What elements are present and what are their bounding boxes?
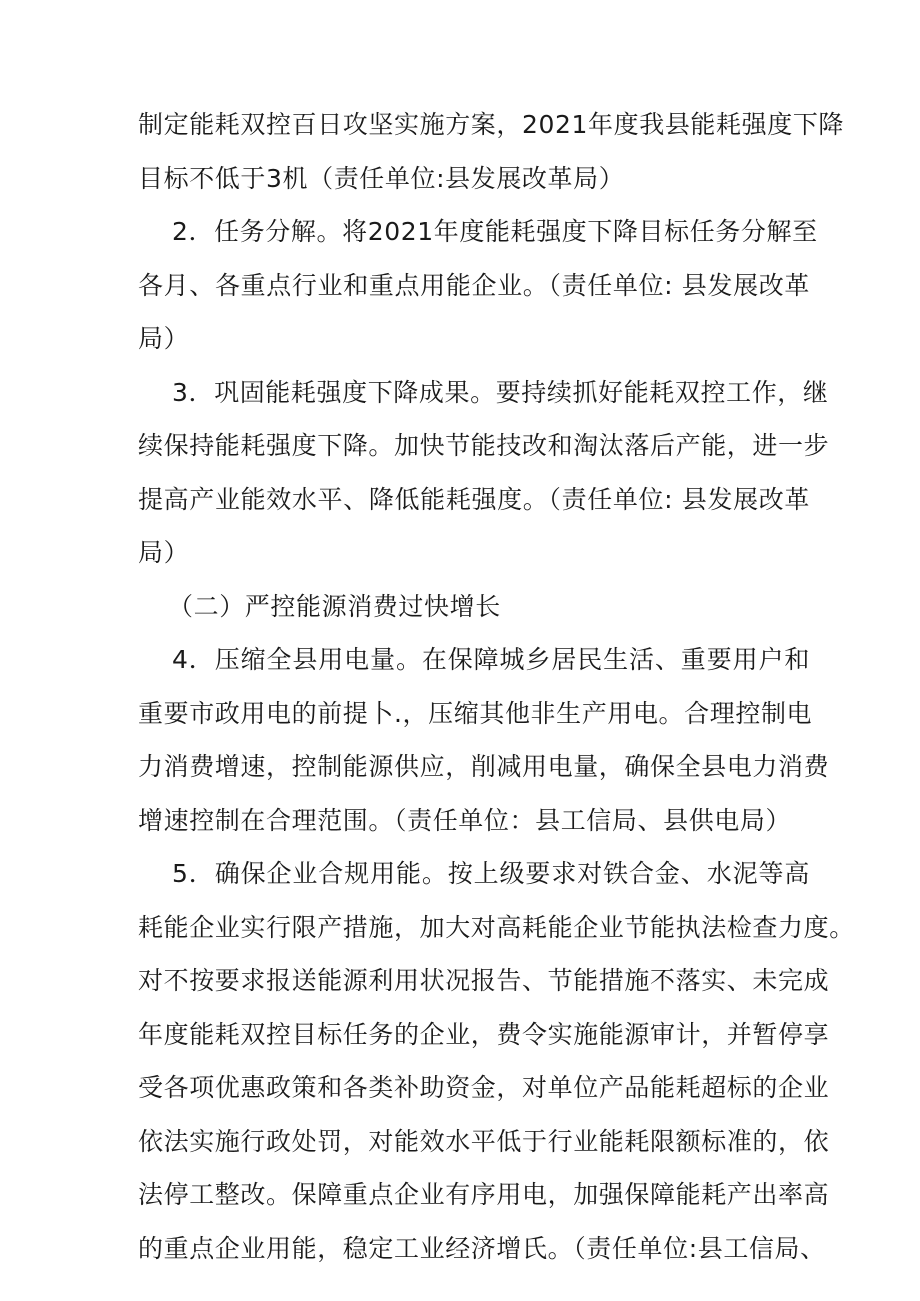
section-heading: （二）严控能源消费过快增长 [138,580,810,634]
text-line: 受各项优惠政策和各类补助资金，对单位产品能耗超标的企业 [138,1061,810,1115]
numbered-item-5: 5．确保企业合规用能。按上级要求对铁合金、水泥等高 [138,847,810,901]
text-line: 各月、各重点行业和重点用能企业。（责任单位: 县发展改革 [138,259,810,313]
numbered-item-2: 2．任务分解。将2021年度能耗强度下降目标任务分解至 [138,205,810,259]
text-line: 提高产业能效水平、降低能耗强度。（责任单位: 县发展改革 [138,473,810,527]
text-line: 增速控制在合理范围。（责任单位：县工信局、县供电局） [138,794,810,848]
text-line: 法停工整改。保障重点企业有序用电，加强保障能耗产出率高 [138,1168,810,1222]
text-line: 制定能耗双控百日攻坚实施方案，2021年度我县能耗强度下降 [138,98,810,152]
text-line: 耗能企业实行限产措施，加大对高耗能企业节能执法检查力度。 [138,901,810,955]
text-line: 对不按要求报送能源利用状况报告、节能措施不落实、未完成 [138,954,810,1008]
numbered-item-3: 3．巩固能耗强度下降成果。要持续抓好能耗双控工作，继 [138,366,810,420]
text-line: 局） [138,312,810,366]
text-line: 的重点企业用能，稳定工业经济增氏。（责任单位:县工信局、 [138,1222,810,1276]
document-page: 制定能耗双控百日攻坚实施方案，2021年度我县能耗强度下降 目标不低于3机（责任… [138,98,810,1275]
text-line: 依法实施行政处罚，对能效水平低于行业能耗限额标准的，依 [138,1115,810,1169]
numbered-item-4: 4．压缩全县用电量。在保障城乡居民生活、重要用户和 [138,633,810,687]
text-line: 年度能耗双控目标任务的企业，费令实施能源审计，并暂停享 [138,1008,810,1062]
text-line: 局） [138,526,810,580]
text-line: 目标不低于3机（责任单位:县发展改革局） [138,152,810,206]
text-line: 力消费增速，控制能源供应，削减用电量，确保全县电力消费 [138,740,810,794]
text-line: 重要市政用电的前提卜.，压缩其他非生产用电。合理控制电 [138,687,810,741]
text-line: 续保持能耗强度下降。加快节能技改和淘汰落后产能，进一步 [138,419,810,473]
